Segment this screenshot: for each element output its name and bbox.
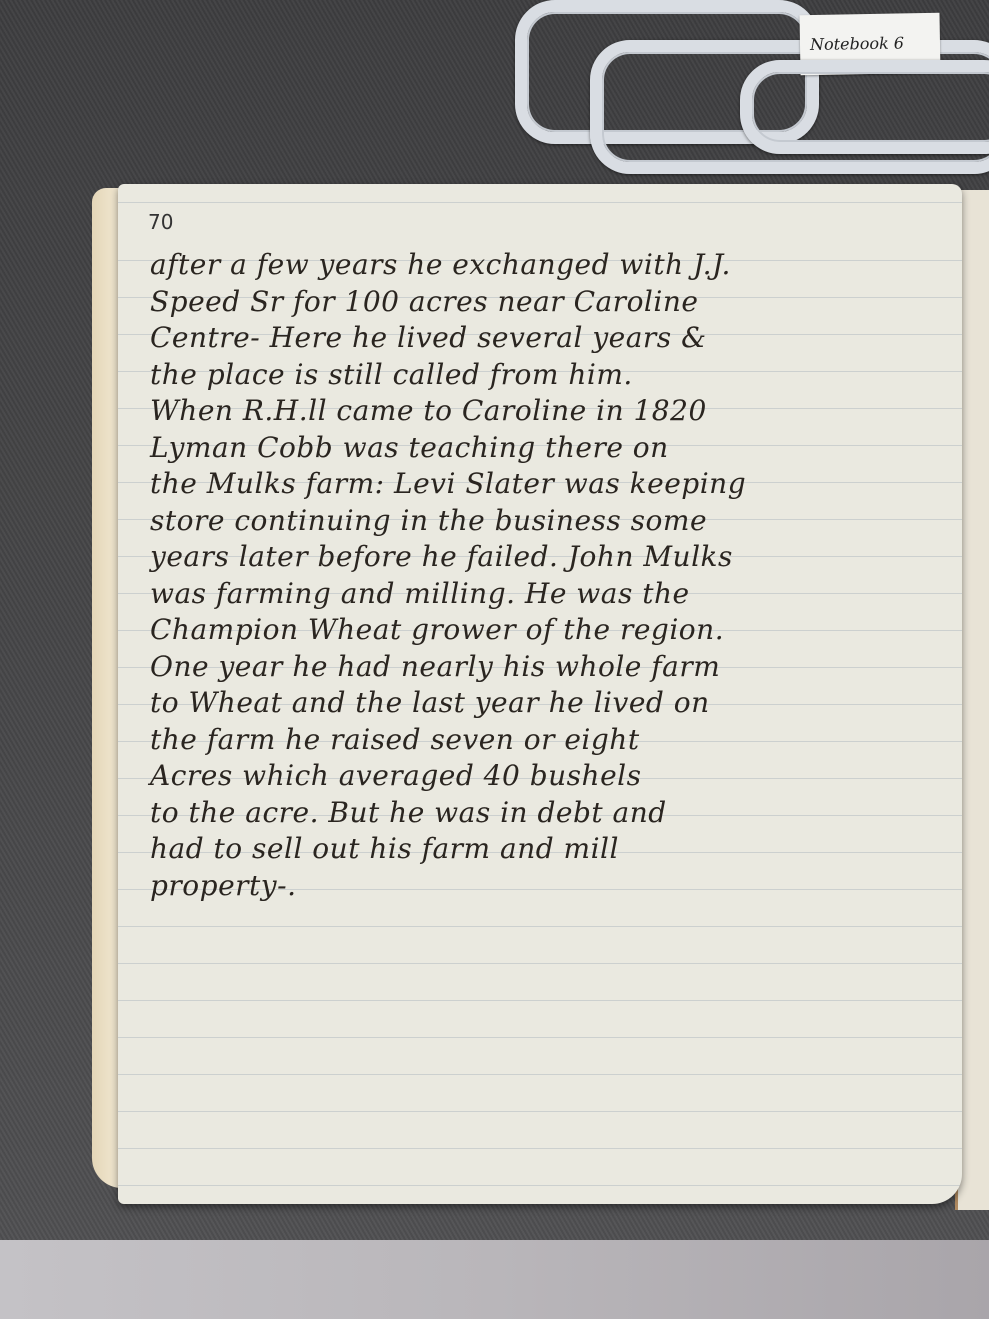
text-line: When R.H.ll came to Caroline in 1820 [150, 393, 950, 430]
table-surface [0, 1240, 989, 1319]
text-line: store continuing in the business some [150, 503, 950, 540]
text-line: Champion Wheat grower of the region. [150, 612, 950, 649]
text-line: had to sell out his farm and mill [150, 831, 950, 868]
text-line: One year he had nearly his whole farm [150, 649, 950, 686]
notebook-label-text: Notebook 6 [810, 33, 904, 54]
text-line: to the acre. But he was in debt and [150, 795, 950, 832]
text-line: years later before he failed. John Mulks [150, 539, 950, 576]
text-line: Speed Sr for 100 acres near Caroline [150, 284, 950, 321]
text-line: Acres which averaged 40 bushels [150, 758, 950, 795]
text-line: to Wheat and the last year he lived on [150, 685, 950, 722]
cord-loop [740, 60, 989, 154]
text-line: the Mulks farm: Levi Slater was keeping [150, 466, 950, 503]
text-line: the place is still called from him. [150, 357, 950, 394]
text-line: the farm he raised seven or eight [150, 722, 950, 759]
handwritten-text: after a few years he exchanged with J.J.… [150, 247, 950, 904]
page-number: 70 [148, 210, 173, 234]
text-line: property-. [150, 868, 950, 905]
text-line: after a few years he exchanged with J.J. [150, 247, 950, 284]
text-line: Lyman Cobb was teaching there on [150, 430, 950, 467]
text-line: Centre- Here he lived several years & [150, 320, 950, 357]
text-line: was farming and milling. He was the [150, 576, 950, 613]
